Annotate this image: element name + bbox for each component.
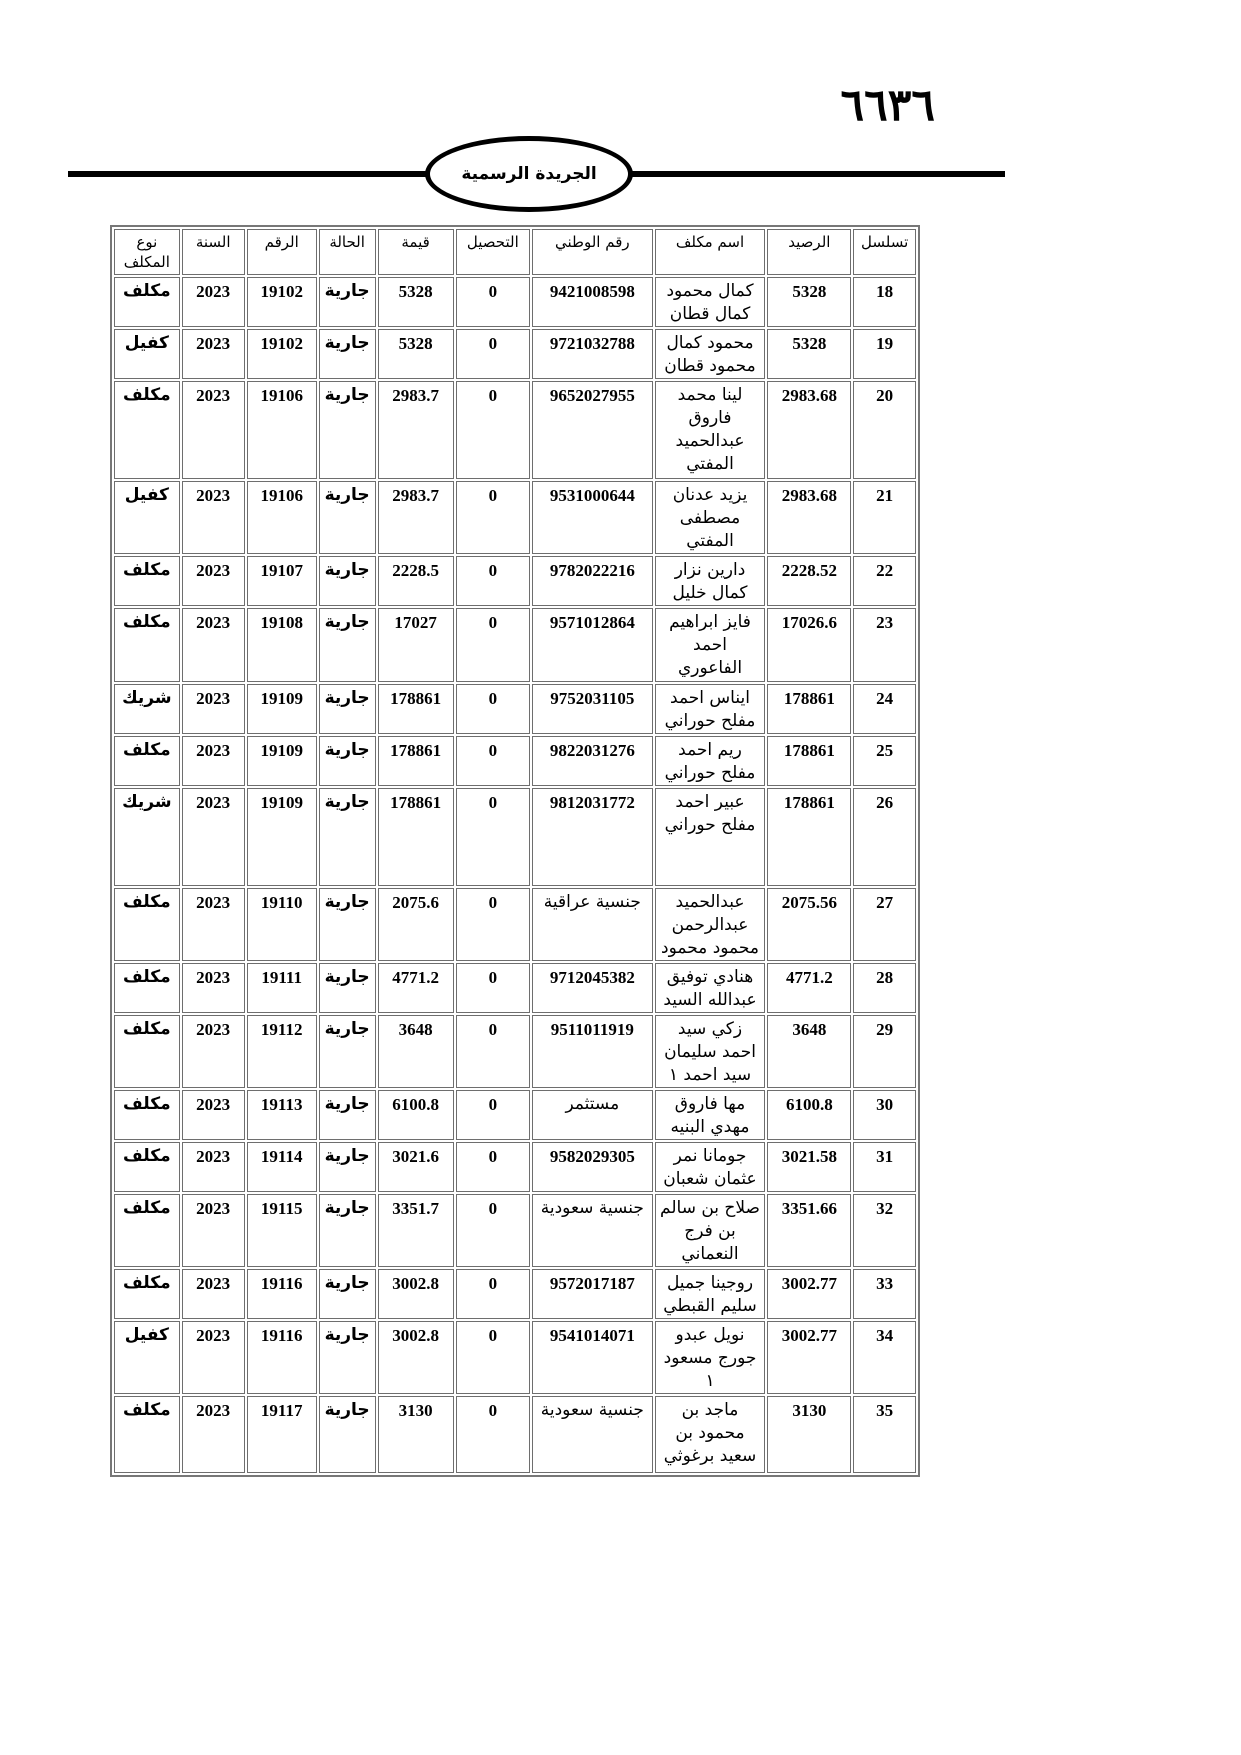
seq-cell: 31 bbox=[853, 1142, 916, 1192]
number-cell: 19109 bbox=[247, 788, 317, 886]
national-id-cell: 9571012864 bbox=[532, 608, 653, 682]
page-number: ٦٦٣٦ bbox=[835, 80, 935, 131]
header-rule-right bbox=[630, 171, 1005, 177]
collection-cell: 0 bbox=[456, 684, 530, 734]
status-cell: جارية bbox=[319, 1090, 376, 1140]
year-cell: 2023 bbox=[182, 1090, 245, 1140]
number-cell: 19111 bbox=[247, 963, 317, 1013]
seq-cell: 33 bbox=[853, 1269, 916, 1319]
year-cell: 2023 bbox=[182, 736, 245, 786]
seq-cell: 34 bbox=[853, 1321, 916, 1394]
table-row: 212983.68يزيد عدنان مصطفى المفتي95310006… bbox=[114, 481, 916, 554]
table-row: 313021.58جومانا نمر عثمان شعبان958202930… bbox=[114, 1142, 916, 1192]
national-id-cell: 9712045382 bbox=[532, 963, 653, 1013]
national-id-cell: 9531000644 bbox=[532, 481, 653, 554]
value-cell: 3002.8 bbox=[378, 1321, 454, 1394]
table-row: 284771.2هنادي توفيق عبدالله السيد9712045… bbox=[114, 963, 916, 1013]
national-id-cell: 9582029305 bbox=[532, 1142, 653, 1192]
status-cell: جارية bbox=[319, 736, 376, 786]
name-cell: مها فاروق مهدي البنيه bbox=[655, 1090, 766, 1140]
collection-cell: 0 bbox=[456, 1396, 530, 1473]
number-cell: 19117 bbox=[247, 1396, 317, 1473]
name-cell: ريم احمد مفلح حوراني bbox=[655, 736, 766, 786]
table-row: 323351.66صلاح بن سالم بن فرج النعمانيجنس… bbox=[114, 1194, 916, 1267]
type-cell: مكلف bbox=[114, 1269, 180, 1319]
value-cell: 17027 bbox=[378, 608, 454, 682]
balance-cell: 2075.56 bbox=[767, 888, 851, 961]
col-header-national-id: رقم الوطني bbox=[532, 229, 653, 275]
type-cell: مكلف bbox=[114, 556, 180, 606]
name-cell: محمود كمال محمود قطان bbox=[655, 329, 766, 379]
col-header-value: قيمة bbox=[378, 229, 454, 275]
status-cell: جارية bbox=[319, 329, 376, 379]
table-row: 222228.52دارين نزار كمال خليل97820222160… bbox=[114, 556, 916, 606]
number-cell: 19113 bbox=[247, 1090, 317, 1140]
number-cell: 19114 bbox=[247, 1142, 317, 1192]
national-id-cell: جنسية سعودية bbox=[532, 1194, 653, 1267]
balance-cell: 3130 bbox=[767, 1396, 851, 1473]
balance-cell: 17026.6 bbox=[767, 608, 851, 682]
value-cell: 3021.6 bbox=[378, 1142, 454, 1192]
balance-cell: 3021.58 bbox=[767, 1142, 851, 1192]
status-cell: جارية bbox=[319, 381, 376, 479]
balance-cell: 3002.77 bbox=[767, 1269, 851, 1319]
name-cell: يزيد عدنان مصطفى المفتي bbox=[655, 481, 766, 554]
table-row: 26178861عبير احمد مفلح حوراني98120317720… bbox=[114, 788, 916, 886]
table-row: 343002.77نويل عبدو جورج مسعود ١954101407… bbox=[114, 1321, 916, 1394]
name-cell: هنادي توفيق عبدالله السيد bbox=[655, 963, 766, 1013]
table-row: 306100.8مها فاروق مهدي البنيهمستثمر06100… bbox=[114, 1090, 916, 1140]
number-cell: 19116 bbox=[247, 1269, 317, 1319]
balance-cell: 178861 bbox=[767, 684, 851, 734]
year-cell: 2023 bbox=[182, 556, 245, 606]
seq-cell: 32 bbox=[853, 1194, 916, 1267]
balance-cell: 178861 bbox=[767, 788, 851, 886]
national-id-cell: 9572017187 bbox=[532, 1269, 653, 1319]
col-header-type: نوع المكلف bbox=[114, 229, 180, 275]
type-cell: مكلف bbox=[114, 277, 180, 327]
collection-cell: 0 bbox=[456, 608, 530, 682]
collection-cell: 0 bbox=[456, 1015, 530, 1088]
name-cell: دارين نزار كمال خليل bbox=[655, 556, 766, 606]
status-cell: جارية bbox=[319, 481, 376, 554]
table-row: 2317026.6فايز ابراهيم احمد الفاعوري95710… bbox=[114, 608, 916, 682]
status-cell: جارية bbox=[319, 1321, 376, 1394]
gazette-title-oval: الجريدة الرسمية bbox=[425, 136, 633, 212]
table-row: 293648زكي سيد احمد سليمان سيد احمد ١9511… bbox=[114, 1015, 916, 1088]
national-id-cell: 9822031276 bbox=[532, 736, 653, 786]
year-cell: 2023 bbox=[182, 963, 245, 1013]
number-cell: 19110 bbox=[247, 888, 317, 961]
status-cell: جارية bbox=[319, 788, 376, 886]
collection-cell: 0 bbox=[456, 1090, 530, 1140]
seq-cell: 30 bbox=[853, 1090, 916, 1140]
type-cell: مكلف bbox=[114, 963, 180, 1013]
table-row: 25178861ريم احمد مفلح حوراني982203127601… bbox=[114, 736, 916, 786]
seq-cell: 25 bbox=[853, 736, 916, 786]
status-cell: جارية bbox=[319, 963, 376, 1013]
value-cell: 3648 bbox=[378, 1015, 454, 1088]
status-cell: جارية bbox=[319, 608, 376, 682]
col-header-balance: الرصيد bbox=[767, 229, 851, 275]
year-cell: 2023 bbox=[182, 1396, 245, 1473]
balance-cell: 3648 bbox=[767, 1015, 851, 1088]
col-header-status: الحالة bbox=[319, 229, 376, 275]
status-cell: جارية bbox=[319, 1194, 376, 1267]
year-cell: 2023 bbox=[182, 1269, 245, 1319]
value-cell: 6100.8 bbox=[378, 1090, 454, 1140]
year-cell: 2023 bbox=[182, 1015, 245, 1088]
col-header-number: الرقم bbox=[247, 229, 317, 275]
type-cell: مكلف bbox=[114, 1142, 180, 1192]
value-cell: 3002.8 bbox=[378, 1269, 454, 1319]
name-cell: كمال محمود كمال قطان bbox=[655, 277, 766, 327]
number-cell: 19109 bbox=[247, 736, 317, 786]
table-header-row: تسلسل الرصيد اسم مكلف رقم الوطني التحصيل… bbox=[114, 229, 916, 275]
col-header-year: السنة bbox=[182, 229, 245, 275]
name-cell: عبير احمد مفلح حوراني bbox=[655, 788, 766, 886]
number-cell: 19112 bbox=[247, 1015, 317, 1088]
name-cell: جومانا نمر عثمان شعبان bbox=[655, 1142, 766, 1192]
table-row: 272075.56عبدالحميد عبدالرحمن محمود محمود… bbox=[114, 888, 916, 961]
type-cell: مكلف bbox=[114, 1015, 180, 1088]
value-cell: 2228.5 bbox=[378, 556, 454, 606]
seq-cell: 18 bbox=[853, 277, 916, 327]
national-id-cell: 9541014071 bbox=[532, 1321, 653, 1394]
collection-cell: 0 bbox=[456, 1321, 530, 1394]
name-cell: روجينا جميل سليم القبطي bbox=[655, 1269, 766, 1319]
type-cell: مكلف bbox=[114, 608, 180, 682]
name-cell: عبدالحميد عبدالرحمن محمود محمود bbox=[655, 888, 766, 961]
status-cell: جارية bbox=[319, 1396, 376, 1473]
status-cell: جارية bbox=[319, 556, 376, 606]
value-cell: 178861 bbox=[378, 684, 454, 734]
collection-cell: 0 bbox=[456, 788, 530, 886]
value-cell: 3130 bbox=[378, 1396, 454, 1473]
balance-cell: 178861 bbox=[767, 736, 851, 786]
year-cell: 2023 bbox=[182, 1194, 245, 1267]
type-cell: كفيل bbox=[114, 1321, 180, 1394]
header-rule-left bbox=[68, 171, 428, 177]
status-cell: جارية bbox=[319, 1142, 376, 1192]
collection-cell: 0 bbox=[456, 1142, 530, 1192]
type-cell: مكلف bbox=[114, 888, 180, 961]
year-cell: 2023 bbox=[182, 381, 245, 479]
table-row: 202983.68لينا محمد فاروق عبدالحميد المفت… bbox=[114, 381, 916, 479]
value-cell: 178861 bbox=[378, 788, 454, 886]
year-cell: 2023 bbox=[182, 481, 245, 554]
number-cell: 19108 bbox=[247, 608, 317, 682]
table-row: 185328كمال محمود كمال قطان94210085980532… bbox=[114, 277, 916, 327]
collection-cell: 0 bbox=[456, 481, 530, 554]
value-cell: 5328 bbox=[378, 277, 454, 327]
national-id-cell: جنسية عراقية bbox=[532, 888, 653, 961]
type-cell: شريك bbox=[114, 788, 180, 886]
number-cell: 19106 bbox=[247, 481, 317, 554]
value-cell: 178861 bbox=[378, 736, 454, 786]
collection-cell: 0 bbox=[456, 736, 530, 786]
balance-cell: 4771.2 bbox=[767, 963, 851, 1013]
national-id-cell: 9421008598 bbox=[532, 277, 653, 327]
value-cell: 4771.2 bbox=[378, 963, 454, 1013]
year-cell: 2023 bbox=[182, 788, 245, 886]
seq-cell: 28 bbox=[853, 963, 916, 1013]
seq-cell: 24 bbox=[853, 684, 916, 734]
year-cell: 2023 bbox=[182, 329, 245, 379]
col-header-seq: تسلسل bbox=[853, 229, 916, 275]
seq-cell: 35 bbox=[853, 1396, 916, 1473]
balance-cell: 6100.8 bbox=[767, 1090, 851, 1140]
type-cell: مكلف bbox=[114, 1396, 180, 1473]
national-id-cell: 9752031105 bbox=[532, 684, 653, 734]
seq-cell: 27 bbox=[853, 888, 916, 961]
national-id-cell: جنسية سعودية bbox=[532, 1396, 653, 1473]
seq-cell: 26 bbox=[853, 788, 916, 886]
number-cell: 19115 bbox=[247, 1194, 317, 1267]
balance-cell: 5328 bbox=[767, 329, 851, 379]
year-cell: 2023 bbox=[182, 888, 245, 961]
year-cell: 2023 bbox=[182, 277, 245, 327]
table-row: 333002.77روجينا جميل سليم القبطي95720171… bbox=[114, 1269, 916, 1319]
type-cell: مكلف bbox=[114, 381, 180, 479]
table-row: 24178861ايناس احمد مفلح حوراني9752031105… bbox=[114, 684, 916, 734]
name-cell: نويل عبدو جورج مسعود ١ bbox=[655, 1321, 766, 1394]
name-cell: ايناس احمد مفلح حوراني bbox=[655, 684, 766, 734]
national-id-cell: 9812031772 bbox=[532, 788, 653, 886]
balance-cell: 2228.52 bbox=[767, 556, 851, 606]
collection-cell: 0 bbox=[456, 888, 530, 961]
value-cell: 2075.6 bbox=[378, 888, 454, 961]
name-cell: صلاح بن سالم بن فرج النعماني bbox=[655, 1194, 766, 1267]
number-cell: 19116 bbox=[247, 1321, 317, 1394]
col-header-name: اسم مكلف bbox=[655, 229, 766, 275]
type-cell: مكلف bbox=[114, 1090, 180, 1140]
national-id-cell: 9782022216 bbox=[532, 556, 653, 606]
type-cell: كفيل bbox=[114, 329, 180, 379]
col-header-collection: التحصيل bbox=[456, 229, 530, 275]
status-cell: جارية bbox=[319, 1015, 376, 1088]
status-cell: جارية bbox=[319, 888, 376, 961]
national-id-cell: 9511011919 bbox=[532, 1015, 653, 1088]
value-cell: 5328 bbox=[378, 329, 454, 379]
national-id-cell: مستثمر bbox=[532, 1090, 653, 1140]
year-cell: 2023 bbox=[182, 1142, 245, 1192]
collection-cell: 0 bbox=[456, 556, 530, 606]
seq-cell: 22 bbox=[853, 556, 916, 606]
year-cell: 2023 bbox=[182, 1321, 245, 1394]
type-cell: مكلف bbox=[114, 736, 180, 786]
name-cell: ماجد بن محمود بن سعيد برغوثي bbox=[655, 1396, 766, 1473]
liabilities-table: تسلسل الرصيد اسم مكلف رقم الوطني التحصيل… bbox=[110, 225, 920, 1477]
balance-cell: 2983.68 bbox=[767, 481, 851, 554]
table-row: 195328محمود كمال محمود قطان9721032788053… bbox=[114, 329, 916, 379]
collection-cell: 0 bbox=[456, 963, 530, 1013]
value-cell: 2983.7 bbox=[378, 381, 454, 479]
seq-cell: 23 bbox=[853, 608, 916, 682]
year-cell: 2023 bbox=[182, 608, 245, 682]
number-cell: 19102 bbox=[247, 329, 317, 379]
year-cell: 2023 bbox=[182, 684, 245, 734]
collection-cell: 0 bbox=[456, 1194, 530, 1267]
type-cell: شريك bbox=[114, 684, 180, 734]
number-cell: 19107 bbox=[247, 556, 317, 606]
collection-cell: 0 bbox=[456, 1269, 530, 1319]
value-cell: 2983.7 bbox=[378, 481, 454, 554]
type-cell: مكلف bbox=[114, 1194, 180, 1267]
gazette-title: الجريدة الرسمية bbox=[461, 164, 596, 184]
national-id-cell: 9721032788 bbox=[532, 329, 653, 379]
number-cell: 19102 bbox=[247, 277, 317, 327]
number-cell: 19106 bbox=[247, 381, 317, 479]
balance-cell: 3002.77 bbox=[767, 1321, 851, 1394]
balance-cell: 3351.66 bbox=[767, 1194, 851, 1267]
collection-cell: 0 bbox=[456, 277, 530, 327]
status-cell: جارية bbox=[319, 1269, 376, 1319]
name-cell: فايز ابراهيم احمد الفاعوري bbox=[655, 608, 766, 682]
collection-cell: 0 bbox=[456, 381, 530, 479]
seq-cell: 21 bbox=[853, 481, 916, 554]
seq-cell: 19 bbox=[853, 329, 916, 379]
type-cell: كفيل bbox=[114, 481, 180, 554]
national-id-cell: 9652027955 bbox=[532, 381, 653, 479]
name-cell: لينا محمد فاروق عبدالحميد المفتي bbox=[655, 381, 766, 479]
seq-cell: 20 bbox=[853, 381, 916, 479]
status-cell: جارية bbox=[319, 684, 376, 734]
number-cell: 19109 bbox=[247, 684, 317, 734]
collection-cell: 0 bbox=[456, 329, 530, 379]
value-cell: 3351.7 bbox=[378, 1194, 454, 1267]
status-cell: جارية bbox=[319, 277, 376, 327]
balance-cell: 5328 bbox=[767, 277, 851, 327]
seq-cell: 29 bbox=[853, 1015, 916, 1088]
balance-cell: 2983.68 bbox=[767, 381, 851, 479]
name-cell: زكي سيد احمد سليمان سيد احمد ١ bbox=[655, 1015, 766, 1088]
table-row: 353130ماجد بن محمود بن سعيد برغوثيجنسية … bbox=[114, 1396, 916, 1473]
